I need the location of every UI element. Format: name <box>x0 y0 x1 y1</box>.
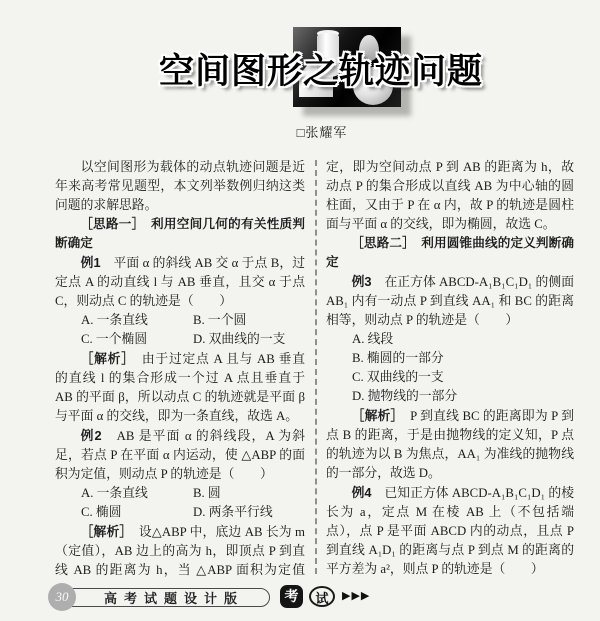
journal-title: 高考试题设计版 <box>62 588 270 607</box>
solution-1-label: ［解析］ <box>81 351 129 366</box>
heading-approach-1: ［思路一］ 利用空间几何的有关性质判断确定 <box>55 215 305 253</box>
option-d: D. 抛物线的一部分 <box>352 387 574 406</box>
option-b: B. 一个圆 <box>193 311 305 330</box>
solution-2-paragraph: ［解析］ 设△ABP 中，底边 AB 长为 m（定值），AB 边上的高为 h，即… <box>55 522 305 578</box>
example-1-paragraph: 例1 平面 α 的斜线 AB 交 α 于点 B，过定点 A 的动直线 l 与 A… <box>55 253 305 311</box>
option-a: A. 一条直线 <box>81 311 193 330</box>
arrow-icons: ▶▶▶ <box>342 589 370 602</box>
example-2-paragraph: 例2 AB 是平面 α 的斜线段，A 为斜足，若点 P 在平面 α 内运动，使 … <box>55 426 305 484</box>
solution-3-paragraph: ［解析］ P 到直线 BC 的距离即为 P 到点 B 的距离，于是由抛物线的定义… <box>326 406 574 483</box>
example-3-label: 例3 <box>352 274 372 289</box>
author-byline: □张耀军 <box>0 122 600 141</box>
solution-1-paragraph: ［解析］ 由于过定点 A 且与 AB 垂直的直线 l 的集合形成一个过 A 点且… <box>55 349 305 426</box>
right-column: 定，即为空间动点 P 到 AB 的距离为 h，故动点 P 的集合形成以直线 AB… <box>326 158 574 578</box>
left-column: 以空间图形为载体的动点轨迹问题是近年来高考常见题型，本文列举数例归纳这类问题的求… <box>55 158 305 578</box>
solution-2-label: ［解析］ <box>81 524 126 539</box>
column-divider <box>315 160 317 574</box>
option-a: A. 线段 <box>352 330 574 349</box>
example-2-options-row-1: A. 一条直线 B. 圆 <box>81 484 305 503</box>
option-b: B. 椭圆的一部分 <box>352 349 574 368</box>
example-2-options-row-2: C. 椭圆 D. 两条平行线 <box>81 503 305 522</box>
option-d: D. 两条平行线 <box>193 503 305 522</box>
example-1-options-row-2: C. 一个椭圆 D. 双曲线的一支 <box>81 330 305 349</box>
page-title: 空间图形之轨迹问题 <box>0 44 600 94</box>
shi-badge: 试 <box>309 586 335 607</box>
example-2-label: 例2 <box>81 428 102 443</box>
example-4-label: 例4 <box>352 485 372 500</box>
option-c: C. 椭圆 <box>81 503 193 522</box>
heading-approach-2: ［思路二］ 利用圆锥曲线的定义判断确定 <box>326 234 574 272</box>
option-a: A. 一条直线 <box>81 484 193 503</box>
page-number-badge: 30 <box>48 583 76 611</box>
example-1-label: 例1 <box>81 255 101 270</box>
option-c: C. 双曲线的一支 <box>352 368 574 387</box>
example-4-paragraph: 例4 已知正方体 ABCD-A₁B₁C₁D₁ 的棱长为 a，定点 M 在棱 AB… <box>326 483 574 578</box>
example-3-paragraph: 例3 在正方体 ABCD-A₁B₁C₁D₁ 的侧面 AB₁ 内有一动点 P 到直… <box>326 272 574 330</box>
magazine-page: 空间图形之轨迹问题 □张耀军 以空间图形为载体的动点轨迹问题是近年来高考常见题型… <box>0 0 600 621</box>
solution-2-continuation: 定，即为空间动点 P 到 AB 的距离为 h，故动点 P 的集合形成以直线 AB… <box>326 158 574 234</box>
option-b: B. 圆 <box>193 484 305 503</box>
intro-paragraph: 以空间图形为载体的动点轨迹问题是近年来高考常见题型，本文列举数例归纳这类问题的求… <box>55 158 305 215</box>
example-1-options-row-1: A. 一条直线 B. 一个圆 <box>81 311 305 330</box>
option-c: C. 一个椭圆 <box>81 330 193 349</box>
solution-3-label: ［解析］ <box>352 408 398 423</box>
page-footer: 30 高考试题设计版 考 试 ▶▶▶ <box>48 583 548 613</box>
option-d: D. 双曲线的一支 <box>193 330 305 349</box>
kao-badge: 考 <box>280 585 303 608</box>
